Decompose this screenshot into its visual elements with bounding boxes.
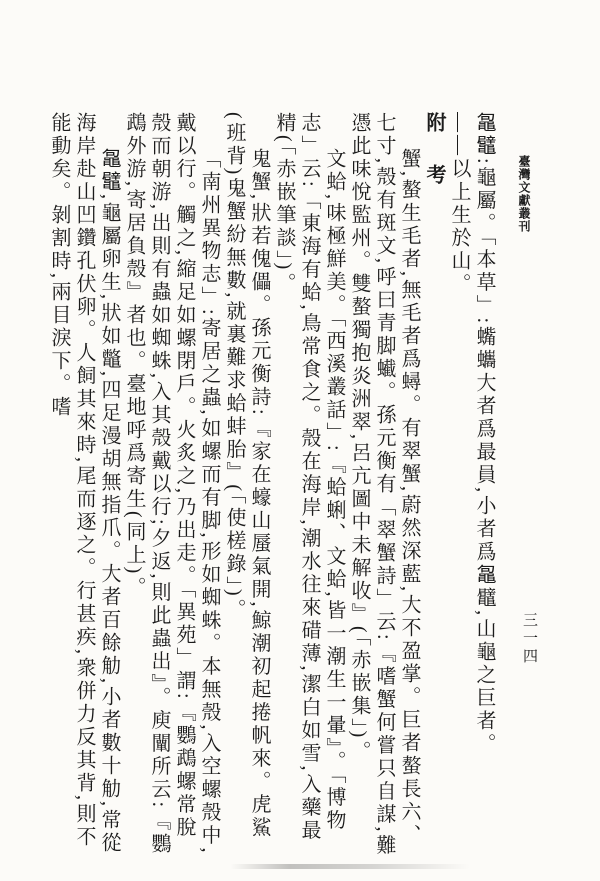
closing-line-born-on-mountain: ——以上生於山。 xyxy=(446,112,471,862)
scan-smudge xyxy=(230,864,470,869)
series-running-title: 臺灣文獻叢刊 xyxy=(516,155,533,233)
book-page: 臺灣文獻叢刊 三一四 𪓟鼊:龜屬。「本草」:蟕蠵大者爲最員,小者爲𪓟鼊,山龜之巨… xyxy=(0,0,600,881)
entry-paragraph-guibi-head: 𪓟鼊:龜屬。「本草」:蟕蠵大者爲最員,小者爲𪓟鼊,山龜之巨者。 xyxy=(471,112,496,862)
entry-paragraph-clam: 文蛤,味極鮮美。「西溪叢話」:『蛤蜊、文蛤,皆一潮生一暈』。「博物志」云:「東海… xyxy=(271,112,346,862)
page-number: 三一四 xyxy=(519,612,540,666)
entry-paragraph-ghost-crab: 鬼蟹,狀若傀儡。孫元衡詩:『家在蠔山蜃氣開,鯨潮初起捲帆來。虎鯊(班背)鬼蟹紛無… xyxy=(221,112,271,862)
entry-paragraph-guibi-turtle: 𪓟鼊,龜屬卵生,狀如鼈,四足漫胡無指爪。大者百餘觔,小者數十觔,常從海岸赴山凹鑽… xyxy=(46,112,121,862)
section-heading-appendix: 附 考 xyxy=(421,112,446,862)
main-text-block: 𪓟鼊:龜屬。「本草」:蟕蠵大者爲最員,小者爲𪓟鼊,山龜之巨者。 ——以上生於山。… xyxy=(28,112,496,862)
entry-paragraph-hermit-crab: 「南州異物志」:寄居之蟲,如螺而有脚,形如蜘蛛。本無殼,入空螺殼中,戴以行。觸之… xyxy=(121,112,221,862)
entry-paragraph-crab: 蟹,螯生毛者,無毛者爲蟳。有翠蟹,蔚然深藍,大不盈掌。巨者螯長六、七寸,殼有斑文… xyxy=(346,112,421,862)
